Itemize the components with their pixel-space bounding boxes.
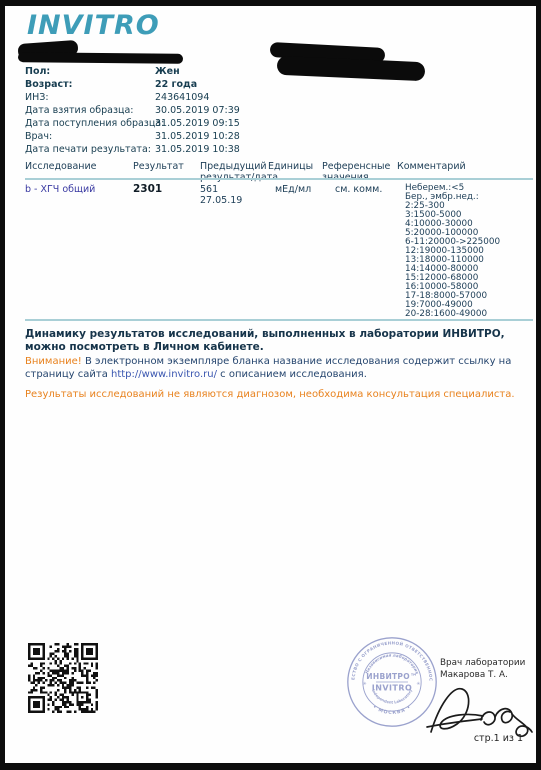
units-value: мЕд/мл [275, 184, 311, 195]
stamp-name-en: INVITRO [372, 683, 412, 692]
patient-info-row: Врач: 31.05.2019 10:28 [25, 131, 445, 144]
patient-info-value: 31.05.2019 09:15 [155, 118, 240, 129]
patient-info-label: Дата взятия образца: [25, 105, 134, 116]
stamp-name-ru: ИНВИТРО™ [366, 672, 417, 681]
disclaimer-notice: Результаты исследований не являются диаг… [25, 388, 530, 401]
patient-info-row: Пол: Жен [25, 66, 445, 79]
patient-info-row: Дата взятия образца: 30.05.2019 07:39 [25, 105, 445, 118]
invitro-site-link[interactable]: http://www.invitro.ru/ [111, 369, 217, 380]
patient-info-label: Пол: [25, 66, 50, 77]
comment-line: 20-28:1600-49000 [405, 310, 533, 319]
column-header-comment: Комментарий [397, 162, 497, 173]
patient-info-value: 31.05.2019 10:38 [155, 144, 240, 155]
patient-info-label: Врач: [25, 131, 52, 142]
stamp-star-right: ✳ [416, 681, 420, 687]
stamp-outer-bottom-text: • МОСКВА • [371, 705, 412, 716]
patient-info-value: 31.05.2019 10:28 [155, 131, 240, 142]
qr-code [28, 643, 98, 713]
table-divider-line [25, 178, 533, 180]
column-header-test: Исследование [25, 162, 125, 173]
previous-result-value: 561 [200, 184, 242, 195]
patient-info-value: 243641094 [155, 92, 209, 103]
attention-text-after: с описанием исследования. [217, 369, 367, 380]
patient-info-label: ИНЗ: [25, 92, 49, 103]
previous-result-date: 27.05.19 [200, 195, 242, 206]
comment-cell: Неберем.:<5 Бер., эмбр.нед.: 2:25-300 3:… [405, 184, 533, 319]
invitro-logo: INVITRO [27, 10, 160, 41]
patient-info-row: Дата поступления образца: 31.05.2019 09:… [25, 118, 445, 131]
report-page: INVITRO Пол: Жен Возраст: 22 года ИНЗ: 2… [5, 6, 536, 763]
patient-info-label: Возраст: [25, 79, 72, 90]
patient-info-row: Дата печати результата: 31.05.2019 10:38 [25, 144, 445, 157]
patient-info-row: Возраст: 22 года [25, 79, 445, 92]
stamp-star-left: ✳ [363, 681, 367, 687]
patient-info-label: Дата поступления образца: [25, 118, 164, 129]
attention-label: Внимание! [25, 356, 82, 367]
doctor-block: Врач лаборатории Макарова Т. А. [440, 658, 525, 681]
column-header-units: Единицы [268, 162, 320, 173]
redaction-mark [18, 52, 183, 64]
patient-info-row: ИНЗ: 243641094 [25, 92, 445, 105]
patient-info-value: 22 года [155, 79, 197, 90]
dynamics-notice: Динамику результатов исследований, выпол… [25, 328, 530, 353]
lab-report-screenshot: { "logo": { "text": "INVITRO", "color": … [0, 0, 541, 770]
column-header-result: Результат [133, 162, 193, 173]
previous-result: 561 27.05.19 [200, 184, 242, 206]
reference-value: см. комм. [335, 184, 382, 195]
patient-info-value: Жен [155, 66, 180, 77]
patient-info-value: 30.05.2019 07:39 [155, 105, 240, 116]
table-bottom-line [25, 319, 533, 321]
test-name: b - ХГЧ общий [25, 184, 130, 195]
attention-notice: Внимание! В электронном экземпляре бланк… [25, 355, 530, 381]
page-number: стр.1 из 1 [474, 733, 523, 744]
doctor-title: Врач лаборатории [440, 658, 525, 670]
result-value: 2301 [133, 183, 162, 195]
patient-info-label: Дата печати результата: [25, 144, 151, 155]
